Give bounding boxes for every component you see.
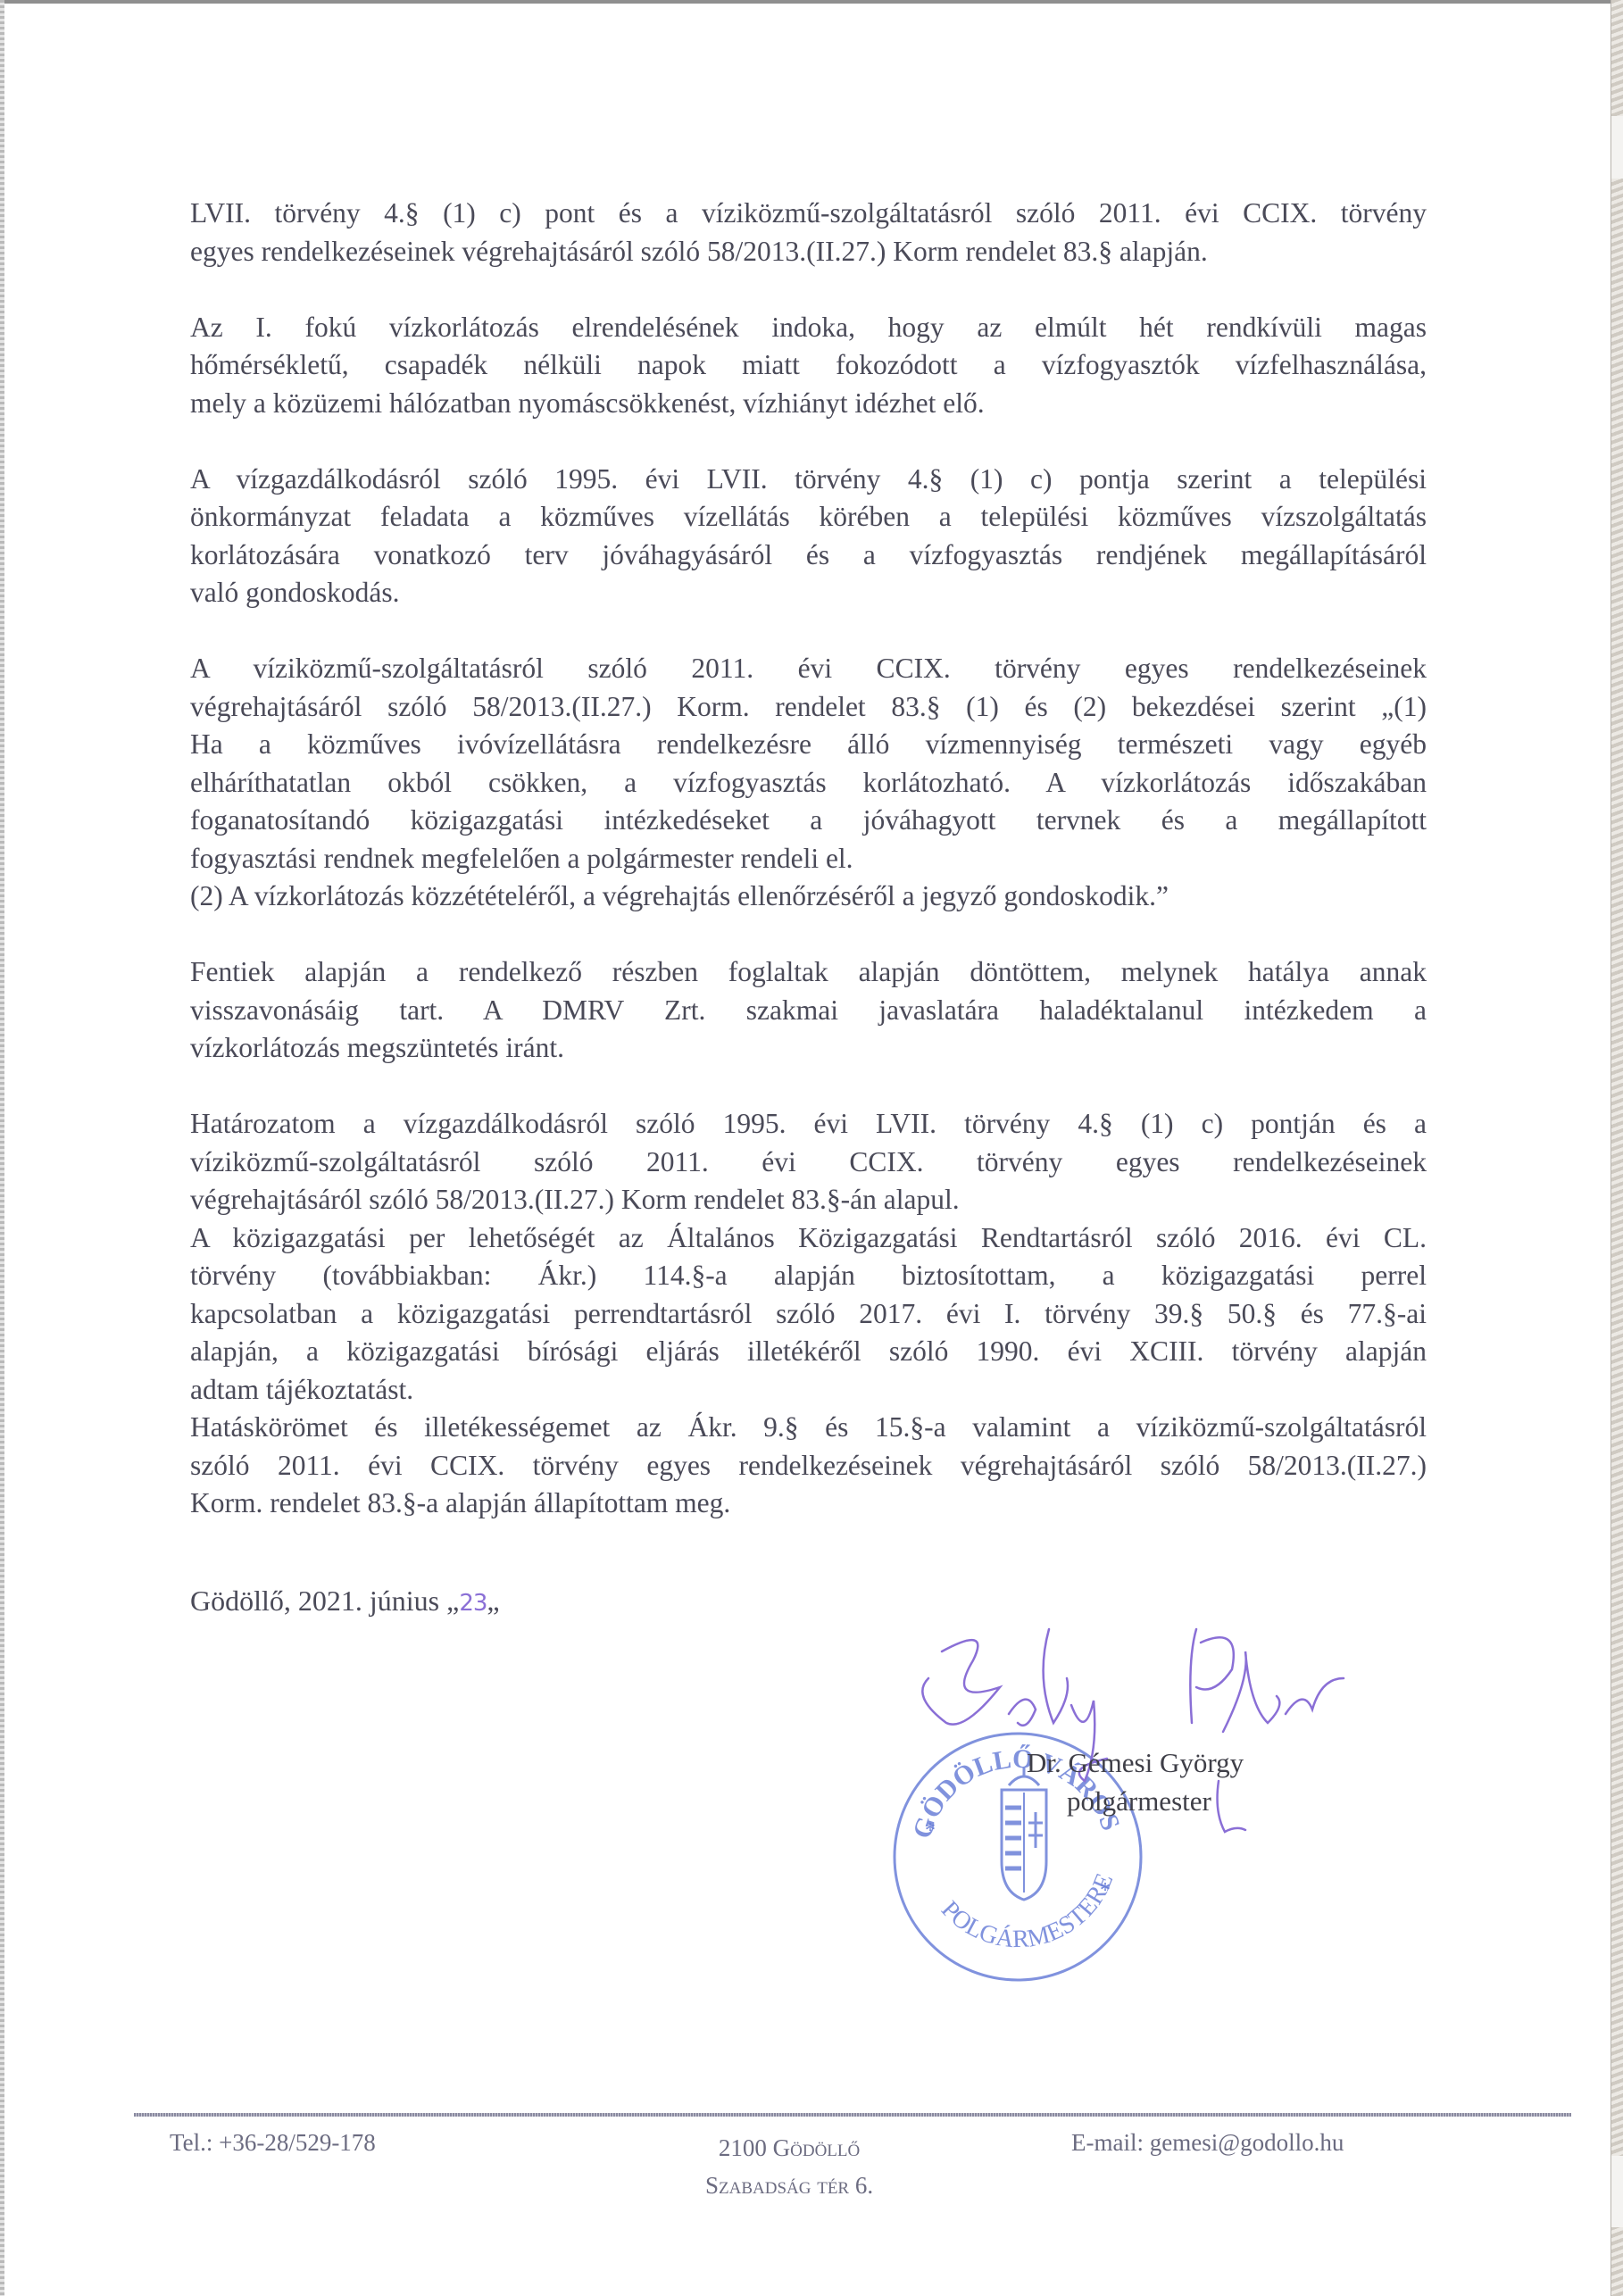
text-line: víziközmű-szolgáltatásról szóló 2011. év…	[190, 1144, 1427, 1182]
text-line: végrehajtásáról szóló 58/2013.(II.27.) K…	[190, 688, 1427, 727]
handwritten-day: 23	[459, 1590, 487, 1617]
text-line: visszavonásáig tart. A DMRV Zrt. szakmai…	[190, 992, 1427, 1030]
svg-text:*: *	[1100, 1879, 1111, 1902]
footer-phone: Tel.: +36-28/529-178	[170, 2129, 376, 2157]
text-line: mely a közüzemi hálózatban nyomáscsökken…	[190, 385, 1427, 423]
scan-edge-top	[0, 0, 1623, 4]
footer-address: 2100 Gödöllő Szabadság tér 6.	[705, 2129, 873, 2204]
scan-edge-left	[0, 0, 4, 2296]
document-body: LVII. törvény 4.§ (1) c) pont és a vízik…	[190, 195, 1427, 1523]
text-line: kapcsolatban a közigazgatási perrendtart…	[190, 1295, 1427, 1334]
text-line: fogyasztási rendnek megfelelően a polgár…	[190, 840, 1427, 878]
text-line: vízkorlátozás megszüntetés iránt.	[190, 1029, 1427, 1068]
signature-block: GÖDÖLLŐ VÁROS POLGÁRMESTERE * * Dr. Géme…	[893, 1625, 1446, 2000]
paragraph-decree-quote: A víziközmű-szolgáltatásról szóló 2011. …	[190, 650, 1427, 916]
text-line: A vízgazdálkodásról szóló 1995. évi LVII…	[190, 461, 1427, 499]
text-line: elháríthatatlan okból csökken, a vízfogy…	[190, 764, 1427, 803]
text-line: Az I. fokú vízkorlátozás elrendelésének …	[190, 309, 1427, 347]
svg-text:*: *	[925, 1819, 936, 1843]
paragraph-decision: Fentiek alapján a rendelkező részben fog…	[190, 953, 1427, 1068]
date-prefix: Gödöllő, 2021. június „	[190, 1585, 459, 1617]
text-line: A közigazgatási per lehetőségét az Által…	[190, 1219, 1427, 1258]
scan-edge-right	[1611, 0, 1623, 2296]
text-line: önkormányzat feladata a közműves vízellá…	[190, 498, 1427, 537]
text-line: Korm. rendelet 83.§-a alapján állapított…	[190, 1485, 1427, 1523]
text-line: való gondoskodás.	[190, 574, 1427, 612]
text-line: adtam tájékoztatást.	[190, 1371, 1427, 1410]
text-line: egyes rendelkezéseinek végrehajtásáról s…	[190, 233, 1427, 271]
text-line: alapján, a közigazgatási bírósági eljárá…	[190, 1333, 1427, 1371]
paragraph-municipal-duty: A vízgazdálkodásról szóló 1995. évi LVII…	[190, 461, 1427, 612]
text-line: szóló 2011. évi CCIX. törvény egyes rend…	[190, 1447, 1427, 1485]
footer-email: E-mail: gemesi@godollo.hu	[1071, 2129, 1344, 2157]
signer-title: polgármester	[1067, 1785, 1211, 1818]
text-line: korlátozására vonatkozó terv jóváhagyásá…	[190, 537, 1427, 575]
text-line: foganatosítandó közigazgatási intézkedés…	[190, 802, 1427, 840]
footer-address-line2: Szabadság tér 6.	[705, 2167, 873, 2204]
svg-text:POLGÁRMESTERE: POLGÁRMESTERE	[936, 1869, 1119, 1953]
text-line: LVII. törvény 4.§ (1) c) pont és a vízik…	[190, 195, 1427, 233]
text-line: törvény (továbbiakban: Ákr.) 114.§-a ala…	[190, 1257, 1427, 1295]
text-line: Hatáskörömet és illetékességemet az Ákr.…	[190, 1409, 1427, 1447]
text-line: Fentiek alapján a rendelkező részben fog…	[190, 953, 1427, 992]
paragraph-reason: Az I. fokú vízkorlátozás elrendelésének …	[190, 309, 1427, 423]
footer-address-line1: 2100 Gödöllő	[705, 2129, 873, 2167]
text-line: végrehajtásáról szóló 58/2013.(II.27.) K…	[190, 1181, 1427, 1219]
paragraph-legal-basis-continuation: LVII. törvény 4.§ (1) c) pont és a vízik…	[190, 195, 1427, 270]
text-line: (2) A vízkorlátozás közzétételéről, a vé…	[190, 878, 1427, 916]
text-line: A víziközmű-szolgáltatásról szóló 2011. …	[190, 650, 1427, 688]
date-line: Gödöllő, 2021. június „23„	[190, 1585, 500, 1618]
text-line: hőmérsékletű, csapadék nélküli napok mia…	[190, 346, 1427, 385]
signer-name: Dr. Gémesi György	[1027, 1747, 1244, 1779]
stamp-bottom-text: POLGÁRMESTERE	[936, 1869, 1119, 1953]
date-suffix: „	[487, 1585, 499, 1617]
footer-divider	[134, 2113, 1571, 2117]
paragraph-basis-and-remedies: Határozatom a vízgazdálkodásról szóló 19…	[190, 1105, 1427, 1523]
text-line: Határozatom a vízgazdálkodásról szóló 19…	[190, 1105, 1427, 1144]
text-line: Ha a közműves ivóvízellátásra rendelkezé…	[190, 726, 1427, 764]
